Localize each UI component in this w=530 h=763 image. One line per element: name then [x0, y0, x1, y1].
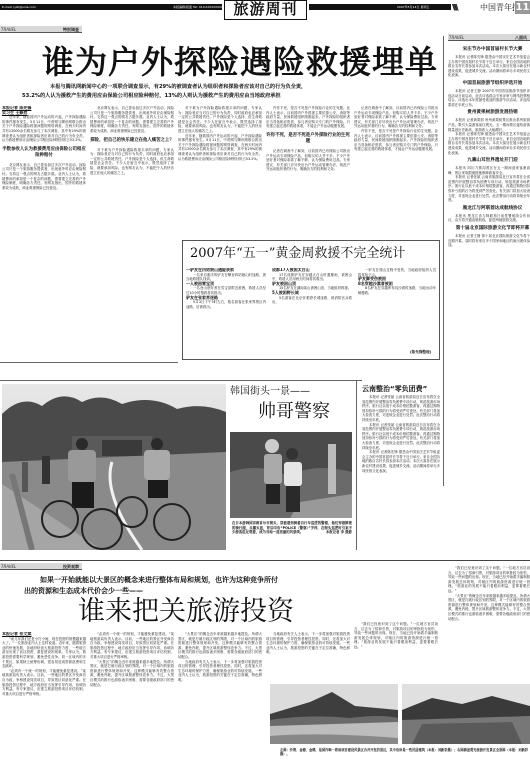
divider [0, 362, 178, 363]
bottom-column-1: 本报记者 张文斌 “前几年我们还是小打小闹，现在投资的规模越来越大了。”一位旅游… [2, 632, 86, 763]
masthead-date: 2007年5月14日 星期五 [395, 4, 429, 10]
column-divider [443, 36, 444, 486]
bottom-column-3: “大景区”的概念近年来被越来越多地提及。所谓大景区，就是打破行政区划的界限，对一… [178, 632, 262, 763]
english-title: Tourism Weekly [309, 13, 369, 19]
deck-line-1: 本报与腾讯网新闻中心的一项联合调查显示，有29%的被调查者认为组织者和探险者应该… [50, 83, 440, 91]
article-column-5: 记者在调查中了解到，目前国内已有保险公司推出户外运动专项保险产品，但购买的人并不… [354, 106, 438, 234]
main-photo-cyclist-police [2, 384, 226, 550]
bottom-headline: 谁来把关旅游投资 [78, 596, 294, 628]
bottom-column-2: “必须有一个统一的规划，才能避免重复建设。”某地旅游局负责人表示。目前，一些地区… [90, 632, 174, 763]
statistics-title: 2007年“五一”黄金周救援不完全统计 [190, 246, 405, 262]
bottom-column-6: “我们已经意识到了这个问题。”一位地方官员坦言，过去为了招商引资，对旅游项目的审… [448, 566, 530, 678]
brief-title: 宋庄节办中国首届村长节大赛 [448, 47, 530, 53]
brief-title: 中国首届旅游节组织评选开始 [448, 81, 530, 87]
landscape-photo-valley [402, 684, 530, 744]
section-divider [0, 560, 530, 561]
bottom-deck-line-1: 如果一开始就能以大景区的概念来进行整体布局和规划，也许为这种竞争所付 [40, 575, 278, 585]
brief-title: 黑龙江与阿联酋达成航线协议 [448, 206, 530, 212]
article-column-2: 北京网友表示，自己曾参加过多次户外活动，探险公司只是一个旅游服务提供者，出现意外… [90, 106, 174, 356]
street-scene-photo-icon [2, 384, 226, 550]
small-photo-police-tourist [230, 432, 352, 518]
bottom-deck-line-2: 出的资源和生态成本代价会少一些—— [24, 586, 143, 596]
news-brief-column: 宋庄节办中国首届村长节大赛 本报讯 记者陈先锋 据悉由中国宋庄艺术节组委会主办的… [448, 44, 530, 484]
page-number: 11 [515, 1, 530, 14]
brief-title: 贵州黄果树旅游发展热销 [448, 110, 530, 116]
portrait-photo-icon [230, 432, 352, 518]
slash-decoration-icon: \\\\\ [452, 3, 457, 12]
column-divider [356, 380, 357, 550]
bottom-column-4: 当地政府有关人士表示，下一步将加强对旅游投资项目的管理，引导投资者理性投资。同时… [266, 632, 350, 678]
article-column-4: 许你不死，是否不死是户外探险行业的生死题。业内人士表示，目前国内户外救援主要依靠… [266, 106, 350, 234]
article-column-1: 本报记者 陈先锋 实习生 王静然 近年来，随着国内户外运动的兴起，户外探险遇险的… [2, 106, 86, 356]
subhead-life-death: 许你不死，是否不死是户外探险行业的生死题 [266, 133, 350, 145]
lake-mountain-photo-icon [270, 684, 398, 744]
bottom-column-5: “我们已经意识到了这个问题。”一位地方官员坦言，过去为了招商引资，对旅游项目的审… [354, 622, 438, 678]
landscape-photo-caption: 左图：沙湾、金塘、金鹤，是国内唯一将该项目建设风景区合并开发的景区，其中沿岸是一… [280, 748, 528, 756]
section-tag-investment: TRAVEL 投资观察 [0, 563, 82, 570]
subhead-happiness: 探险，把自己的快乐建立在他人痛苦之上？ [90, 138, 174, 144]
masthead-right-bar: Tourism Weekly 2007年5月14日 星期五 [309, 4, 451, 10]
newspaper-logo: 中国青年报 [480, 2, 520, 13]
stat-column-1: 一驴友在四姑娘山遇险获救 一名来自重庆的驴友在攀登四姑娘山时迷路，被当地救援队找… [186, 268, 266, 356]
photo-feature-kicker: 韩国街头一景—— [230, 386, 310, 398]
divider [0, 380, 362, 381]
deck-line-2: 53.2%的人认为援救产生的费用应由保险公司相应险种赔付，13%的人则认为援救产… [22, 92, 442, 100]
section-tag-eight-winds: TRAVEL 八面风 [448, 34, 530, 41]
article-column-3: 对于谁为户外探险遇险救援买单的问题，专家认为：探险者应当对自己的行为负责，同时政… [178, 106, 262, 234]
statistics-credit: (陈先锋整理) [410, 350, 431, 355]
stat-column-3: 一驴友在爬山过程中受伤，当地政府组织人员将其抬下山。 驴友脚受伤被困 8名穿越沙… [358, 268, 436, 348]
yunnan-article: 本报讯 记者张斌 云南省旅游局近日宣布将在全省范围内开展整治零负团费专项行动，规… [362, 395, 440, 550]
photo-credit: 本报记者 李 摄影 [326, 530, 352, 535]
subhead-insurance: 半数参收人认为救援费用应由保险公司相应险种赔付 [2, 147, 86, 159]
valley-town-photo-icon [402, 684, 530, 744]
stat-column-2: 成都17人被困太白山 17名成都驴友在穿越太白山时遇暴雨，被困山中，救援人员用两… [272, 268, 352, 356]
brief-title: 九寨山耳世界遗址开门迎 [448, 158, 530, 164]
section-tag-special: TRAVEL 特别调查 [0, 26, 82, 33]
section-title: 旅游周刊 [224, 0, 307, 20]
main-headline: 谁为户外探险遇险救援埋单 [42, 44, 438, 80]
brief-title: 第十届北京国际旅游文化节即将开幕 [448, 226, 530, 232]
masthead-contact: 本版编辑/版面 Tel: 010-XXXXXXXX [140, 4, 222, 10]
yunnan-headline: 云南整治“零负团费” [362, 384, 427, 394]
photo-feature-title: 帅哥警察 [258, 402, 330, 422]
photo-feature-caption: 在日本游韩国首都首尔市街头，常能看到骑着自行车巡逻的警察，他们穿着鲜艳的骑行服，… [232, 521, 352, 535]
landscape-photo-lake [270, 684, 398, 744]
